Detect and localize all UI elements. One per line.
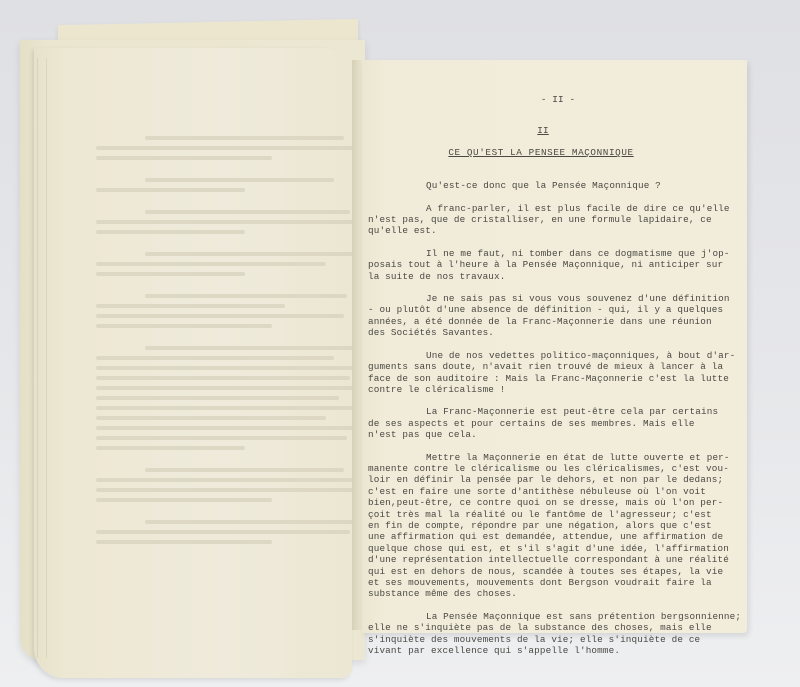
show-through-line [96, 540, 272, 544]
text-line: qu'elle est. [368, 225, 708, 236]
text-line: substance même des choses. [368, 588, 708, 599]
show-through-line [96, 406, 358, 410]
text-line: vivant par excellence qui s'appelle l'ho… [368, 645, 708, 656]
text-line: en fin de compte, répondre par une négat… [368, 520, 708, 531]
show-through-line [96, 156, 272, 160]
show-through-line [145, 346, 356, 350]
text-line: posais tout à l'heure à la Pensée Maçonn… [368, 259, 708, 270]
text-line: n'est pas que cela. [368, 429, 708, 440]
right-page-text: - II - II CE QU'EST LA PENSEE MAÇONNIQUE… [368, 94, 708, 667]
text-line: Qu'est-ce donc que la Pensée Maçonnique … [368, 180, 708, 191]
text-line: La Franc-Maçonnerie est peut-être cela p… [368, 406, 708, 417]
text-line: une affirmation qui est demandée, attend… [368, 531, 708, 542]
show-through-line [96, 272, 245, 276]
show-through-line [96, 416, 326, 420]
show-through-line [145, 468, 345, 472]
text-line: loir en définir la pensée par le dehors,… [368, 474, 708, 485]
show-through-line [96, 188, 245, 192]
paragraph: Une de nos vedettes politico-maçonniques… [368, 350, 708, 396]
text-line: de ses aspects et pour certains de ses m… [368, 418, 708, 429]
text-line: n'est pas, que de cristalliser, en une f… [368, 214, 708, 225]
show-through-line [96, 530, 350, 534]
show-through-line [145, 136, 345, 140]
text-line: s'inquiète des mouvements de la vie; ell… [368, 634, 708, 645]
show-through-line [96, 230, 245, 234]
text-line: La Pensée Maçonnique est sans prétention… [368, 611, 708, 622]
show-through-line [96, 426, 363, 430]
text-line: Je ne sais pas si vous vous souvenez d'u… [368, 293, 708, 304]
show-through-line [145, 210, 350, 214]
show-through-line [96, 446, 245, 450]
paragraph: La Franc-Maçonnerie est peut-être cela p… [368, 406, 708, 440]
text-line: A franc-parler, il est plus facile de di… [368, 203, 708, 214]
show-through-line [96, 324, 272, 328]
text-line: bien,peut-être, ce contre quoi on se dre… [368, 497, 708, 508]
show-through-line [96, 314, 344, 318]
text-line: années, a été donnée de la Franc-Maçonne… [368, 316, 708, 327]
left-page[interactable] [34, 48, 352, 678]
show-through-line [145, 520, 361, 524]
show-through-line [96, 262, 326, 266]
show-through-line [145, 178, 334, 182]
paragraph: Mettre la Maçonnerie en état de lutte ou… [368, 452, 708, 600]
text-line: des Sociétés Savantes. [368, 327, 708, 338]
show-through-line [96, 366, 361, 370]
text-line: manente contre le cléricalisme ou les cl… [368, 463, 708, 474]
show-through-line [96, 304, 285, 308]
paragraph: Je ne sais pas si vous vous souvenez d'u… [368, 293, 708, 339]
text-line: Il ne me faut, ni tomber dans ce dogmati… [368, 248, 708, 259]
show-through-line [96, 478, 366, 482]
show-through-line [96, 356, 334, 360]
show-through-line [96, 220, 366, 224]
text-line: quelque chose qui est, et s'il s'agit d'… [368, 543, 708, 554]
text-line: Mettre la Maçonnerie en état de lutte ou… [368, 452, 708, 463]
show-through-line [96, 498, 272, 502]
text-line: et ses mouvements, mouvements dont Bergs… [368, 577, 708, 588]
text-line: d'une représentation intellectuelle corr… [368, 554, 708, 565]
text-line: c'est en faire une sorte d'antithèse néb… [368, 486, 708, 497]
show-through-line [145, 294, 348, 298]
text-line: Une de nos vedettes politico-maçonniques… [368, 350, 708, 361]
text-line: çoit très mal la réalité ou le fantôme d… [368, 509, 708, 520]
paragraph: La Pensée Maçonnique est sans prétention… [368, 611, 708, 657]
paragraph: Il ne me faut, ni tomber dans ce dogmati… [368, 248, 708, 282]
show-through-text [96, 136, 366, 550]
show-through-line [96, 488, 355, 492]
chapter-number: II [378, 125, 708, 136]
text-line: elle ne s'inquiète pas de la substance d… [368, 622, 708, 633]
show-through-line [96, 146, 366, 150]
show-through-line [96, 396, 339, 400]
text-line: - ou plutôt d'une absence de définition … [368, 304, 708, 315]
text-line: la suite de nos travaux. [368, 271, 708, 282]
paragraph: A franc-parler, il est plus facile de di… [368, 203, 708, 237]
chapter-title: CE QU'EST LA PENSEE MAÇONNIQUE [374, 147, 708, 158]
show-through-line [96, 386, 366, 390]
text-line: contre le cléricalisme ! [368, 384, 708, 395]
text-line: face de son auditoire : Mais la Franc-Ma… [368, 373, 708, 384]
show-through-line [96, 436, 347, 440]
page-folio: - II - [408, 94, 708, 105]
show-through-line [96, 376, 350, 380]
text-line: guments sans doute, n'avait rien trouvé … [368, 361, 708, 372]
text-line: qui est en dehors de nous, scandée à tou… [368, 566, 708, 577]
body-paragraphs: Qu'est-ce donc que la Pensée Maçonnique … [368, 180, 708, 656]
show-through-line [145, 252, 358, 256]
paragraph: Qu'est-ce donc que la Pensée Maçonnique … [368, 180, 708, 191]
